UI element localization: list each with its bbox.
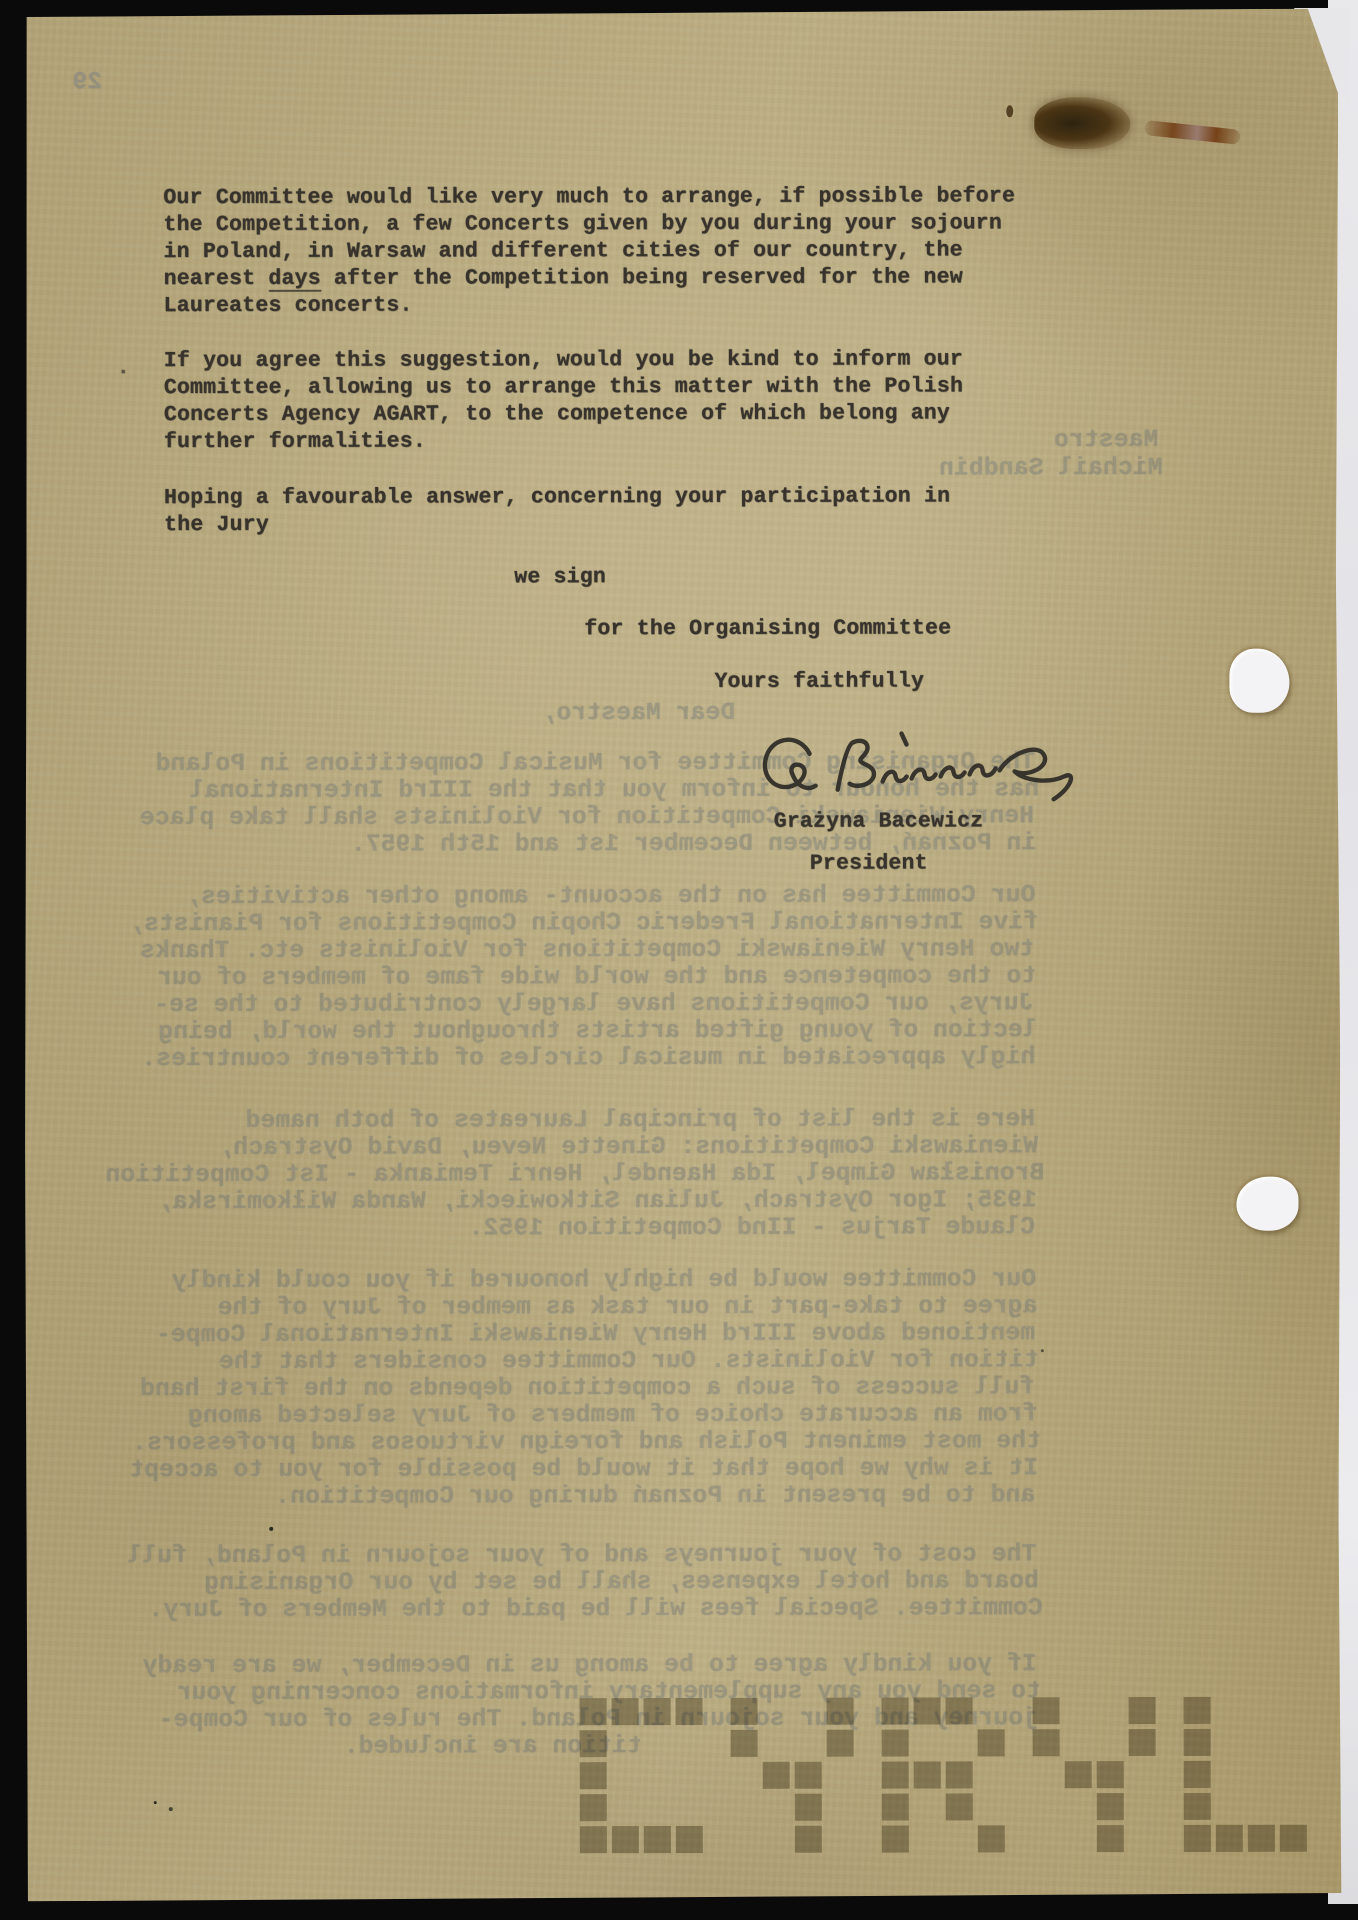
letter-line: nearest days after the Competition being… xyxy=(164,265,963,291)
watermark-cell xyxy=(1280,1825,1307,1852)
watermark-cell xyxy=(580,1826,607,1853)
watermark-cell xyxy=(795,1762,822,1789)
watermark-cell xyxy=(1129,1729,1156,1756)
bleedthrough-line: Claude Tarjus - IInd Competition 1952. xyxy=(468,1214,1034,1242)
bleedthrough-line: Here is the list of principal Laureates … xyxy=(245,1106,1035,1135)
watermark-cell xyxy=(946,1697,973,1724)
watermark-cell xyxy=(580,1762,607,1789)
watermark-cell xyxy=(644,1698,671,1725)
watermark-cell xyxy=(1129,1697,1156,1724)
bleedthrough-salutation: Dear Maestro, xyxy=(542,700,736,727)
watermark-cell xyxy=(763,1762,790,1789)
typed-underline-days xyxy=(269,290,322,292)
watermark-cell xyxy=(1184,1793,1211,1820)
watermark-cell xyxy=(731,1730,758,1757)
watermark-cell xyxy=(1184,1761,1211,1788)
letter-paper: 29 Maestro Michail Sandbin Dear Maestro,… xyxy=(22,9,1342,1902)
watermark-cell xyxy=(676,1698,703,1725)
watermark-cell xyxy=(882,1730,909,1757)
watermark-cell xyxy=(1033,1697,1060,1724)
letter-line: the Jury xyxy=(164,513,269,537)
bleedthrough-line: Jurys, our Competitions have largely con… xyxy=(154,990,1033,1019)
bleedthrough-line: mentioned above IIIrd Henry Wieniawski I… xyxy=(156,1320,1035,1349)
bleedthrough-line: to the competence and the world wide fam… xyxy=(157,963,1036,992)
watermark-cell xyxy=(1184,1825,1211,1852)
letter-line: in Poland, in Warsaw and different citie… xyxy=(164,238,963,264)
bleedthrough-line: Our Committee has on the account- among … xyxy=(185,882,1034,911)
bleedthrough-line: Bronisław Gimpel, Ida Haendel, Henri Tem… xyxy=(106,1160,1045,1189)
watermark-cell xyxy=(795,1826,822,1853)
watermark-cell xyxy=(795,1794,822,1821)
bleedthrough-line: the most eminent Polish and foreign virt… xyxy=(132,1428,1041,1457)
letter-line: Laureates concerts. xyxy=(164,294,413,319)
bleedthrough-line: full success of such a competition depen… xyxy=(140,1374,1034,1403)
letter-line: If you agree this suggestion, would you … xyxy=(164,347,963,373)
we-sign-line: we sign xyxy=(514,565,606,589)
watermark-cell xyxy=(676,1826,703,1853)
watermark-cell xyxy=(1033,1729,1060,1756)
ink-stain-blob xyxy=(1034,97,1130,149)
paper-hole xyxy=(1236,1177,1298,1231)
watermark-cell xyxy=(946,1793,973,1820)
bleedthrough-line: agree to take-part in our task as member… xyxy=(218,1293,1038,1322)
watermark-cell xyxy=(1184,1729,1211,1756)
watermark-cell xyxy=(580,1730,607,1757)
watermark-cell xyxy=(914,1697,941,1724)
letter-line: further formalities. xyxy=(164,430,426,455)
watermark-cell xyxy=(612,1826,639,1853)
cyryl-watermark xyxy=(580,1697,1320,1859)
signatory-name: Grażyna Bacewicz xyxy=(774,809,984,833)
watermark-cell xyxy=(1248,1825,1275,1852)
bleedthrough-line: Committee. Special fees will be paid to … xyxy=(148,1595,1042,1624)
letter-line: Committee, allowing us to arrange this m… xyxy=(164,374,963,400)
bleedthrough-line: tition for Violinists. Our Committee con… xyxy=(219,1347,1039,1376)
signatory-title: President xyxy=(810,851,928,875)
watermark-cell xyxy=(882,1826,909,1853)
watermark-cell xyxy=(827,1730,854,1757)
watermark-cell xyxy=(978,1729,1005,1756)
bleedthrough-line: If you kindly agree to be among us in De… xyxy=(142,1651,1036,1680)
ink-speck xyxy=(269,1527,273,1531)
watermark-cell xyxy=(1097,1793,1124,1820)
watermark-cell xyxy=(978,1825,1005,1852)
bleedthrough-line: two Henry Wieniawski Competitions for Vi… xyxy=(140,936,1034,965)
letter-line: Our Committee would like very much to ar… xyxy=(163,184,1015,210)
for-committee-line: for the Organising Committee xyxy=(584,616,951,641)
bleedthrough-line: five International Frederic Chopin Compe… xyxy=(129,909,1038,938)
paper-hole xyxy=(1229,649,1289,713)
ink-stain-streak xyxy=(1144,120,1241,145)
bleedthrough-line: from an accurate choice of members of Ju… xyxy=(187,1401,1036,1430)
watermark-cell xyxy=(1097,1825,1124,1852)
watermark-cell xyxy=(731,1698,758,1725)
ink-speck xyxy=(169,1807,173,1811)
bleedthrough-address-line: Michail Sandbin xyxy=(939,455,1163,482)
bleedthrough-page-number: 29 xyxy=(72,69,102,96)
watermark-cell xyxy=(1216,1825,1243,1852)
stray-period-mark: . xyxy=(117,356,130,380)
bleedthrough-line: board and hotel expenses, shall be set b… xyxy=(205,1568,1040,1597)
ink-stain-dot xyxy=(1006,105,1013,117)
bleedthrough-line: Our Committee would be highly honoured i… xyxy=(171,1266,1035,1295)
watermark-cell xyxy=(882,1762,909,1789)
watermark-cell xyxy=(827,1698,854,1725)
bleedthrough-line: It is why we hope that it would be possi… xyxy=(129,1455,1038,1484)
watermark-cell xyxy=(1065,1761,1092,1788)
letter-line: Concerts Agency AGART, to the competence… xyxy=(164,401,950,427)
bleedthrough-line: in Poznań, between December 1st and 15th… xyxy=(351,830,1037,858)
ink-speck xyxy=(154,1801,157,1804)
bleedthrough-line: lection of young gifted artists througho… xyxy=(158,1017,1037,1046)
watermark-cell xyxy=(882,1794,909,1821)
watermark-cell xyxy=(914,1761,941,1788)
bleedthrough-line: and to be present in Poznań during our C… xyxy=(275,1482,1035,1511)
watermark-cell xyxy=(644,1826,671,1853)
bleedthrough-line: Wieniawski Competitions: Ginette Neveu, … xyxy=(219,1133,1039,1162)
watermark-cell xyxy=(612,1698,639,1725)
letter-line: the Competition, a few Concerts given by… xyxy=(163,211,1002,237)
bleedthrough-line: The cost of your journeys and of your so… xyxy=(127,1541,1036,1570)
ink-speck xyxy=(1041,1349,1044,1352)
watermark-cell xyxy=(580,1794,607,1821)
bleedthrough-line: higly appreciated in musical circles of … xyxy=(141,1044,1035,1073)
bleedthrough-address-line: Maestro xyxy=(1054,427,1158,454)
bleedthrough-line: 1935; Igor Oystrach, Julian Sitkowiecki,… xyxy=(157,1187,1036,1216)
scanned-letter-page: { "document_type": "typewritten letter s… xyxy=(0,0,1358,1920)
letter-line: Hoping a favourable answer, concerning y… xyxy=(164,484,950,510)
watermark-cell xyxy=(580,1698,607,1725)
watermark-cell xyxy=(1097,1761,1124,1788)
watermark-cell xyxy=(946,1761,973,1788)
closing-line: Yours faithfully xyxy=(714,669,924,693)
watermark-cell xyxy=(882,1698,909,1725)
watermark-cell xyxy=(1184,1697,1211,1724)
